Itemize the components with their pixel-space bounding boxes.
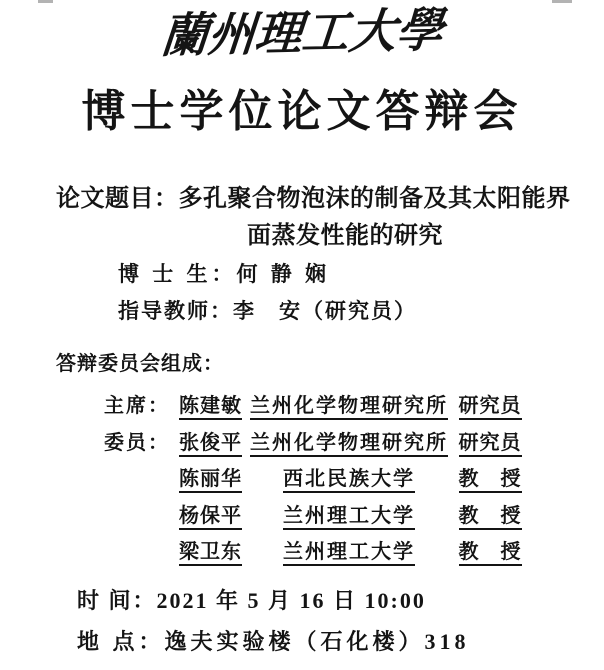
committee-member-name: 杨保平 bbox=[179, 504, 242, 530]
university-calligraphy-logo: 蘭州理工大學 bbox=[0, 0, 604, 69]
committee-member-name: 陈建敏 bbox=[179, 394, 242, 420]
venue-line: 地 点：逸夫实验楼（石化楼）318 bbox=[77, 629, 470, 654]
doctoral-student-label: 博 士 生： bbox=[118, 262, 237, 286]
committee-member-title: 教 授 bbox=[459, 540, 522, 566]
committee-member-name: 张俊平 bbox=[179, 431, 242, 457]
committee-row: 杨保平 兰州理工大学 教 授 bbox=[0, 503, 604, 540]
committee-member-title: 教 授 bbox=[459, 504, 522, 530]
defense-announcement-document: 蘭州理工大學 博士学位论文答辩会 论文题目：多孔聚合物泡沫的制备及其太阳能界 面… bbox=[0, 0, 604, 670]
committee-member-affiliation: 兰州化学物理研究所 bbox=[250, 394, 448, 420]
committee-member-name: 陈丽华 bbox=[179, 467, 242, 493]
committee-member-affiliation: 兰州化学物理研究所 bbox=[250, 431, 448, 457]
page-title: 博士学位论文答辩会 bbox=[0, 86, 604, 139]
committee-member-title: 研究员 bbox=[459, 394, 522, 420]
advisor-name: 李 安（研究员） bbox=[233, 299, 417, 323]
advisor-line: 指导教师：李 安（研究员） bbox=[118, 299, 417, 323]
scan-artifact-top-left bbox=[38, 0, 53, 3]
thesis-title-line1: 论文题目：多孔聚合物泡沫的制备及其太阳能界 bbox=[56, 186, 571, 214]
time-value: 2021 年 5 月 16 日 10:00 bbox=[157, 588, 426, 613]
committee-row: 陈丽华 西北民族大学 教 授 bbox=[0, 466, 604, 503]
time-label: 时 间： bbox=[77, 588, 157, 613]
venue-label: 地 点： bbox=[77, 629, 165, 654]
committee-member-affiliation: 兰州理工大学 bbox=[283, 540, 415, 566]
time-line: 时 间：2021 年 5 月 16 日 10:00 bbox=[77, 588, 426, 613]
venue-value: 逸夫实验楼（石化楼）318 bbox=[165, 629, 470, 654]
committee-row: 委员： 张俊平 兰州化学物理研究所 研究员 bbox=[0, 430, 604, 467]
committee-row: 梁卫东 兰州理工大学 教 授 bbox=[0, 539, 604, 576]
committee-member-affiliation: 西北民族大学 bbox=[283, 467, 415, 493]
committee-role-label: 委员： bbox=[104, 430, 170, 456]
committee-heading: 答辩委员会组成： bbox=[56, 353, 224, 376]
committee-role-label: 主席： bbox=[104, 393, 170, 419]
doctoral-student-name: 何 静 娴 bbox=[237, 262, 331, 286]
committee-member-title: 教 授 bbox=[459, 467, 522, 493]
doctoral-student-line: 博 士 生：何 静 娴 bbox=[118, 262, 330, 286]
thesis-title-line2: 面蒸发性能的研究 bbox=[247, 223, 443, 251]
committee-member-title: 研究员 bbox=[459, 431, 522, 457]
committee-row: 主席： 陈建敏 兰州化学物理研究所 研究员 bbox=[0, 393, 604, 430]
committee-member-affiliation: 兰州理工大学 bbox=[283, 504, 415, 530]
committee-table: 主席： 陈建敏 兰州化学物理研究所 研究员 委员： 张俊平 兰州化学物理研究所 … bbox=[0, 393, 604, 576]
committee-member-name: 梁卫东 bbox=[179, 540, 242, 566]
advisor-label: 指导教师： bbox=[118, 299, 233, 323]
